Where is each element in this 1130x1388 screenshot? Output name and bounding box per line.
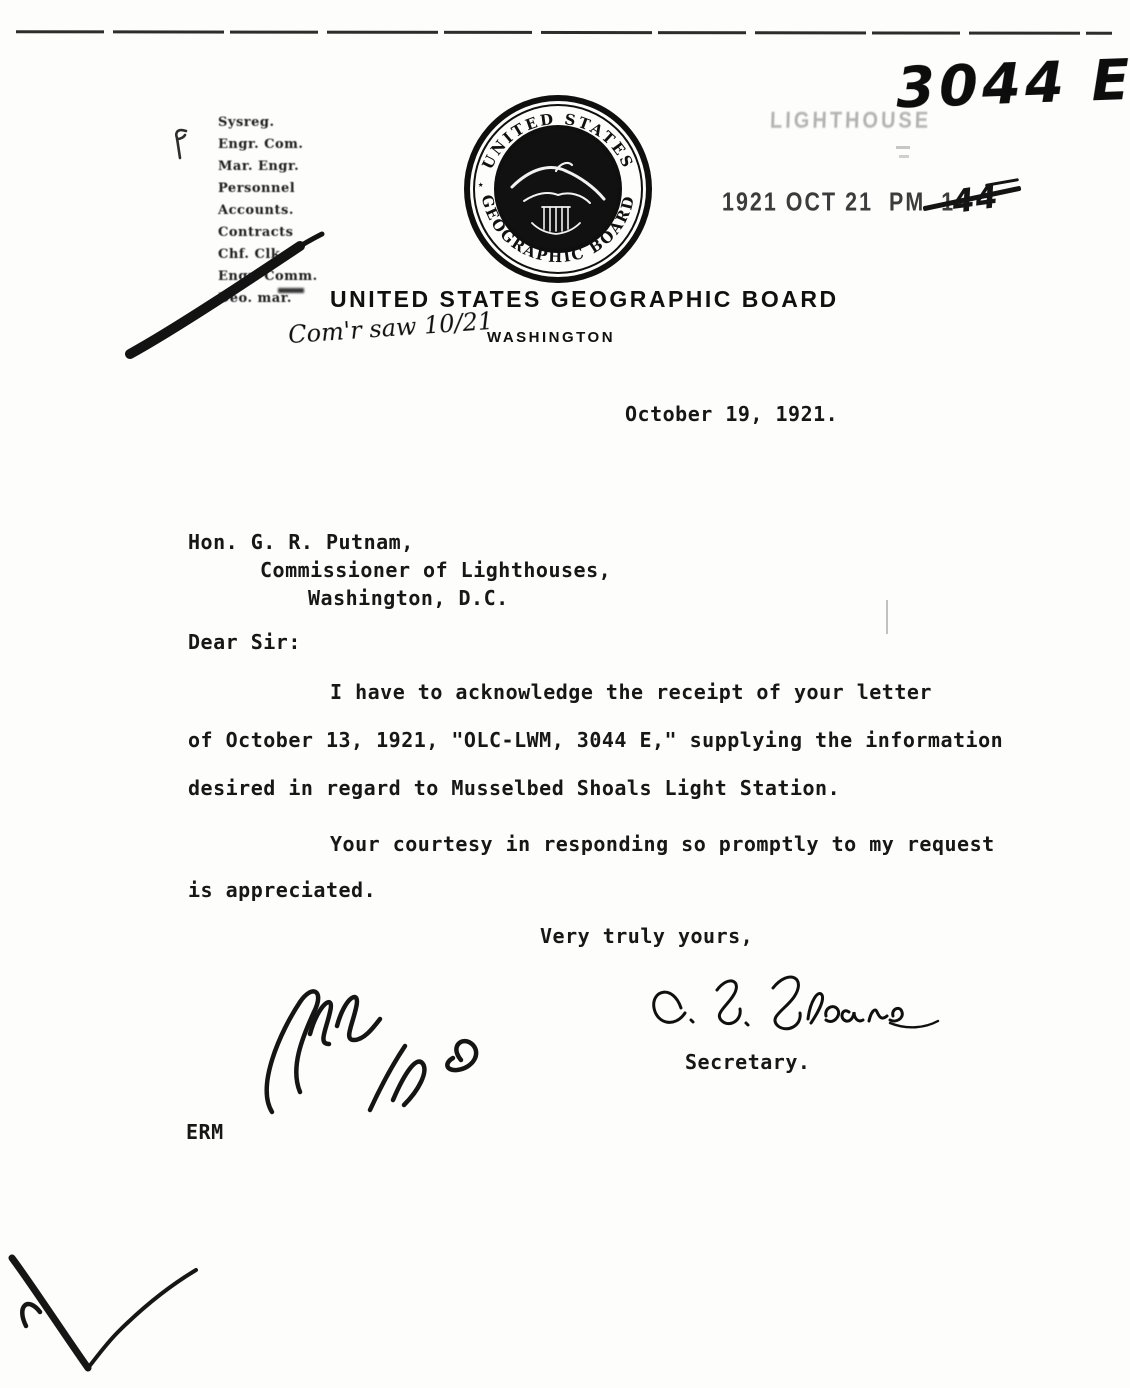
stamp-fragment-artifact [899,155,909,158]
scan-border-line [16,30,1112,35]
recipient-line-3: Washington, D.C. [308,586,509,610]
salutation: Dear Sir: [188,630,301,654]
routing-item: Sysreg. [218,112,318,134]
body-line: of October 13, 1921, "OLC-LWM, 3044 E," … [188,728,1003,752]
body-line: Your courtesy in responding so promptly … [330,832,995,856]
letterhead-city: WASHINGTON [487,329,615,346]
body-line: desired in regard to Musselbed Shoals Li… [188,776,840,800]
stamp-fragment-artifact [896,146,910,149]
scanned-letter-page: 3044 E LIGHTHOUSE 1921 OCT 21 PM 1 44 Sy… [0,0,1130,1388]
routing-item: Accounts. [218,200,318,222]
geographic-board-seal: UNITED STATES GEOGRAPHIC BOARD ★ [462,93,654,285]
handwritten-bracket-mark [170,126,192,166]
received-stamp-datetime: 1921 OCT 21 PM 1 [722,188,955,218]
body-line: I have to acknowledge the receipt of you… [330,680,932,704]
routing-item: Mar. Engr. [218,156,318,178]
letterhead-org-name: UNITED STATES GEOGRAPHIC BOARD [330,286,839,313]
recipient-line-1: Hon. G. R. Putnam, [188,530,414,554]
received-stamp-org: LIGHTHOUSE [770,108,932,134]
date-line: October 19, 1921. [625,402,838,426]
closing-line: Very truly yours, [540,924,753,948]
routing-item: Personnel [218,178,318,200]
typist-initials: ERM [186,1120,224,1144]
scan-artifact-tick [886,600,888,634]
seal-star: ★ [478,180,484,190]
smudge-artifact [278,288,304,293]
handwritten-initials-scribble [252,968,497,1123]
signature-title: Secretary. [685,1050,810,1074]
recipient-line-2: Commissioner of Lighthouses, [260,558,611,582]
routing-item: Engr. Com. [218,134,318,156]
handwritten-checkmark [0,1240,205,1388]
body-line: is appreciated. [188,878,376,902]
